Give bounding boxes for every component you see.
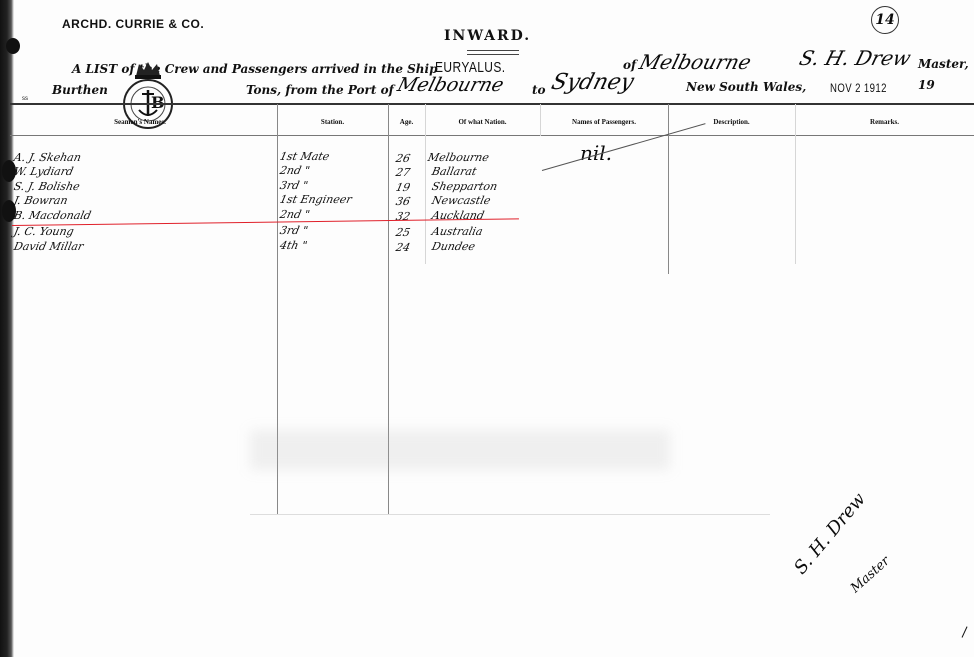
margin-mark: ss (22, 96, 28, 102)
column-header-nation: Of what Nation. (425, 118, 540, 126)
column-header-station: Station. (277, 118, 388, 126)
paper-smudge (250, 430, 670, 470)
crew-name: W. Lydiard (13, 165, 75, 178)
crew-station: 2nd " (279, 164, 311, 177)
title-underline (467, 50, 519, 55)
crew-age: 36 (395, 195, 412, 208)
crew-nation: Dundee (431, 240, 477, 253)
column-header-passengers: Names of Passengers. (540, 118, 668, 126)
crew-station: 3rd " (279, 179, 310, 192)
cancel-stroke (542, 123, 706, 171)
crew-name: J. C. Young (13, 225, 75, 238)
year-label: 19 (918, 78, 935, 92)
arrival-date-stamp: NOV 2 1912 (830, 81, 887, 95)
port-of-registry: Melbourne (637, 50, 754, 74)
master-name: S. H. Drew (797, 46, 914, 70)
column-header-description: Description. (668, 118, 795, 126)
column-divider (668, 104, 669, 274)
crew-nation: Shepparton (431, 180, 499, 193)
header-top-rule (10, 103, 974, 105)
to-port: Sydney (549, 70, 637, 95)
column-divider (795, 104, 796, 264)
crew-name: J. Bowran (13, 194, 69, 207)
header-bottom-rule (10, 135, 974, 136)
ink-stroke (962, 626, 968, 637)
crew-name: B. Macdonald (13, 209, 93, 222)
crew-name: David Millar (13, 240, 85, 253)
state-label: New South Wales, (686, 80, 806, 94)
crew-nation: Australia (431, 225, 484, 238)
folio-number: 14 (871, 6, 899, 34)
crew-station: 2nd " (279, 208, 311, 221)
crew-age: 26 (395, 152, 412, 165)
column-header-seamens-names: Seamen's Names. (90, 118, 190, 126)
crew-age: 24 (395, 241, 412, 254)
from-port: Melbourne (395, 74, 506, 96)
binding-edge (0, 0, 14, 657)
crew-station: 1st Mate (279, 150, 331, 163)
tons-from-port-label: Tons, from the Port of (246, 83, 394, 97)
column-header-remarks: Remarks. (795, 118, 974, 126)
burthen-label: Burthen (52, 83, 108, 97)
crew-nation: Melbourne (427, 151, 491, 164)
crew-name: S. J. Bolishe (13, 180, 81, 193)
faint-fold-line (250, 514, 770, 515)
form-title: INWARD. (444, 28, 531, 44)
binding-blot (6, 38, 20, 54)
crew-age: 32 (395, 210, 412, 223)
crew-nation: Newcastle (431, 194, 492, 207)
signature-title: Master (848, 554, 893, 597)
crew-age: 27 (395, 166, 412, 179)
crew-station: 1st Engineer (279, 193, 353, 206)
master-label: Master, (918, 57, 969, 71)
crew-station: 3rd " (279, 224, 310, 237)
column-divider (425, 104, 426, 264)
crew-nation: Ballarat (431, 165, 478, 178)
crew-age: 19 (395, 181, 412, 194)
crew-age: 25 (395, 226, 412, 239)
passengers-nil-entry: nil. (580, 141, 612, 165)
master-signature: S. H. Drew (790, 489, 870, 579)
manifest-page: ARCHD. CURRIE & CO. INWARD. 14 A LIST of… (0, 0, 974, 657)
printer-imprint: ARCHD. CURRIE & CO. (62, 17, 204, 31)
crew-name: A. J. Skehan (13, 151, 83, 164)
column-header-age: Age. (388, 118, 425, 126)
crew-station: 4th " (279, 239, 309, 252)
to-label: to (532, 83, 546, 97)
